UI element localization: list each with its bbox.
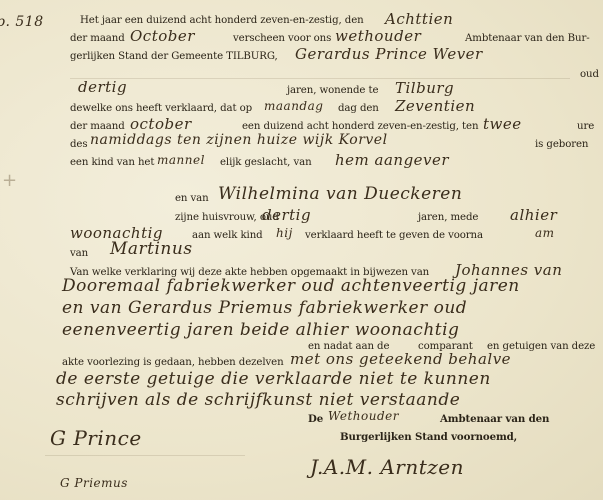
record-number: p. 518 <box>0 14 44 30</box>
printed-line-9a: een kind van het <box>70 157 154 168</box>
handwritten-witness-3: en van Gerardus Priemus fabriekwerker ou… <box>62 298 467 318</box>
handwritten-witness-4: eenenveertig jaren beide alhier woonacht… <box>62 320 459 340</box>
handwritten-given-name: Martinus <box>110 239 193 259</box>
handwritten-birth-day: Zeventien <box>395 97 475 115</box>
handwritten-signing-3: schrijven als de schrijfkunst niet verst… <box>56 390 460 410</box>
handwritten-birth-place: namiddags ten zijnen huize wijk Korvel <box>90 132 388 148</box>
printed-line-6a: dewelke ons heeft verklaard, dat op <box>70 103 252 114</box>
printed-line-13: van <box>70 248 88 259</box>
printed-line-4: oud <box>580 69 599 80</box>
handwritten-father-note: hem aangever <box>335 151 449 169</box>
printed-sig-c: Burgerlijken Stand voornoemd, <box>340 431 517 443</box>
printed-line-3: gerlijken Stand der Gemeente TILBURG, <box>70 51 278 62</box>
handwritten-pronoun: hij <box>276 226 293 240</box>
printed-line-5: jaren, wonende te <box>287 85 378 96</box>
printed-line-18: akte voorlezing is gedaan, hebben dezelv… <box>62 357 284 368</box>
handwritten-weekday: maandag <box>264 99 323 113</box>
printed-line-10: en van <box>175 193 209 204</box>
handwritten-signing-2: de eerste getuige die verklaarde niet te… <box>56 369 491 389</box>
signature-official: J.A.M. Arntzen <box>310 455 464 479</box>
handwritten-declarant-age: dertig <box>78 78 127 96</box>
signature-witness: G Priemus <box>60 476 128 490</box>
handwritten-residence: Tilburg <box>395 79 454 97</box>
handwritten-declarant: Gerardus Prince Wever <box>295 45 483 63</box>
handwritten-mother-age: dertig <box>262 206 311 224</box>
printed-sig-a: De <box>308 413 323 425</box>
handwritten-official-title: wethouder <box>335 27 421 45</box>
signature-father: G Prince <box>50 426 142 450</box>
handwritten-sex: mannel <box>157 153 205 167</box>
handwritten-birth-hour: twee <box>483 115 522 133</box>
printed-line-8b: is geboren <box>535 139 588 150</box>
handwritten-signing-1: met ons geteekend behalve <box>290 350 511 368</box>
printed-line-7b: een duizend acht honderd zeven-en-zestig… <box>242 121 478 132</box>
handwritten-voornaam-suffix: am <box>535 226 555 240</box>
printed-line-9b: elijk geslacht, van <box>220 157 312 168</box>
printed-line-2c: Ambtenaar van den Bur- <box>465 33 590 44</box>
handwritten-birth-month: october <box>130 115 192 133</box>
printed-line-7c: ure <box>577 121 594 132</box>
handwritten-mother-residence: alhier <box>510 206 557 224</box>
handwritten-witness-2: Dooremaal fabriekwerker oud achtenveerti… <box>62 276 520 296</box>
printed-sig-b: Ambtenaar van den <box>440 413 549 425</box>
cross-mark: + <box>2 170 17 191</box>
printed-line-2a: der maand <box>70 33 125 44</box>
printed-line-7a: der maand <box>70 121 125 132</box>
printed-line-12b: verklaard heeft te geven de voorna <box>305 230 483 241</box>
handwritten-mother: Wilhelmina van Dueckeren <box>218 184 462 204</box>
handwritten-month: October <box>130 27 195 45</box>
printed-line-8a: des <box>70 139 87 150</box>
birth-certificate-page: p. 518 Het jaar een duizend acht honderd… <box>0 0 603 500</box>
printed-line-1: Het jaar een duizend acht honderd zeven-… <box>80 15 364 26</box>
printed-line-6b: dag den <box>338 103 379 114</box>
printed-line-2b: verscheen voor ons <box>233 33 331 44</box>
handwritten-official-title-2: Wethouder <box>328 409 399 423</box>
handwritten-day: Achttien <box>385 10 453 28</box>
printed-line-12a: aan welk kind <box>192 230 263 241</box>
printed-line-11b: jaren, mede <box>418 212 478 223</box>
